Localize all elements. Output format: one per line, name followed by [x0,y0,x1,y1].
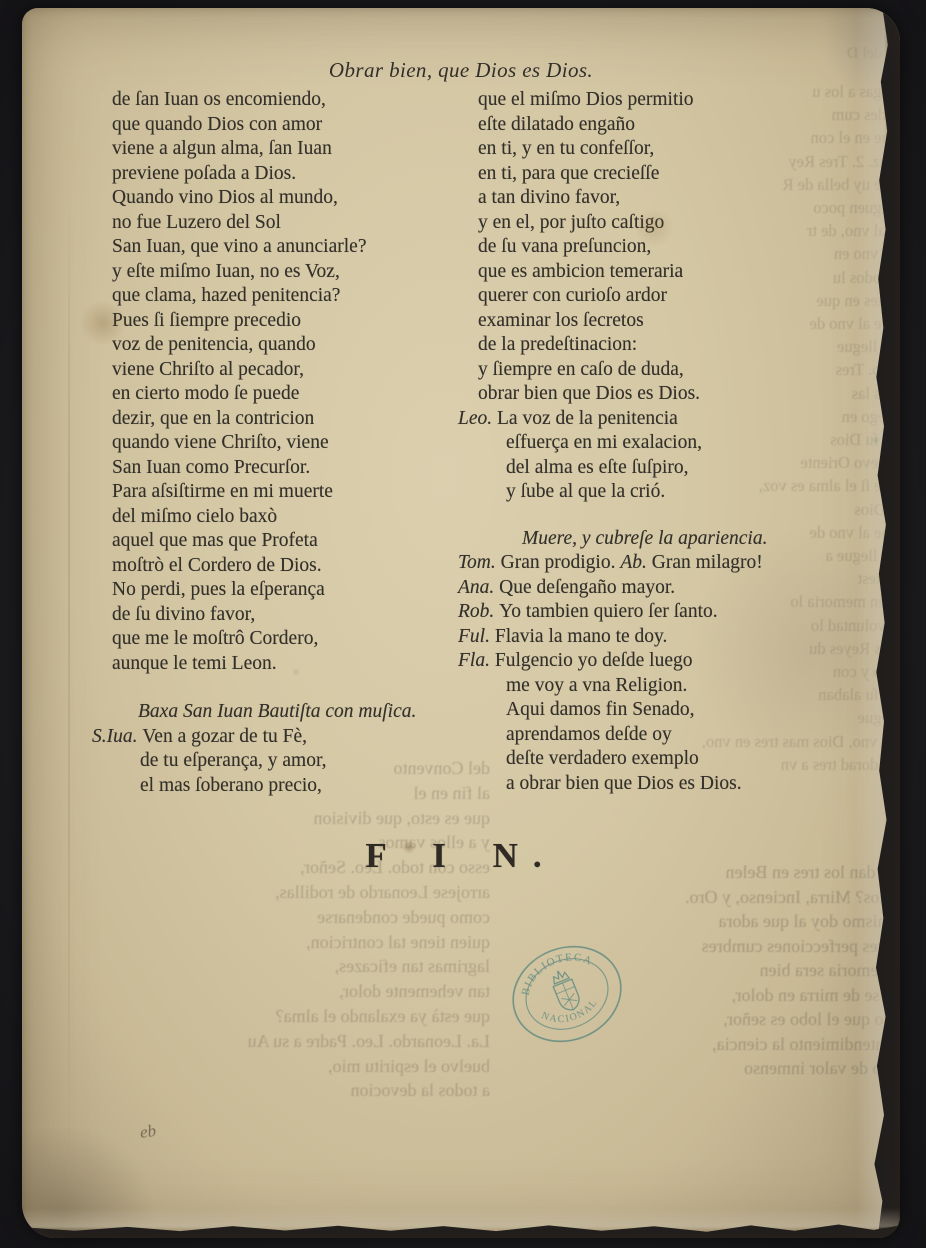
verse-line: voz de penitencia, quando [112,333,472,358]
verse-line: Baxa San Iuan Bautiſta con muſica. [138,700,472,725]
verse-line: Ana. Que deſengaño mayor. [458,576,882,601]
verse-line: Rob. Yo tambien quiero ſer ſanto. [458,600,882,625]
verse-line: y ſiempre en caſo de duda, [478,358,882,383]
text-column-left: de ſan Iuan os encomiendo,que quando Dio… [112,88,472,798]
verse-line: no fue Luzero del Sol [112,211,472,236]
library-stamp-icon: BIBLIOTECA NACIONAL [489,921,644,1068]
verse-line: dezir, que en la contricion [112,407,472,432]
verse-line: del alma es eſte ſuſpiro, [506,456,882,481]
verse-line: a tan divino favor, [478,186,882,211]
verse-line: y ſube al que la crió. [506,480,882,505]
verse-line: eſfuerça en mi exalacion, [506,431,882,456]
bleedthrough-line: buelvo el espiritu mio, [150,1054,490,1079]
verse-line: quando viene Chriſto, viene [112,431,472,456]
verse-line: examinar los ſecretos [478,309,882,334]
bleedthrough-line: La. Leonardo. Leo. Padre a su Au [150,1029,490,1054]
bleedthrough-line: lagrimas tan eficazes, [150,954,490,979]
torn-edge-bottom [22,1220,900,1238]
bleedthrough-line: la memoria sera bien [610,958,900,983]
verse-line: S.Iua. Ven a gozar de tu Fè, [92,725,472,750]
bleedthrough-line: arrojese Leonardo de rodillas, [150,880,490,905]
bleedthrough-text-lower-right: Que dan los tres en Belena Dios? Mirra, … [610,860,900,1081]
verse-line: me voy a vna Religion. [506,674,882,699]
verse-line: Leo. La voz de la penitencia [458,407,882,432]
verse-line: Aqui damos fin Senado, [506,698,882,723]
verse-line: eſte dilatado engaño [478,113,882,138]
bleedthrough-line: tan vehemente dolor, [150,979,490,1004]
worn-edge-bottom [22,1208,900,1228]
bleedthrough-line: en tres perfecciones cumbres [610,934,900,959]
verse-line: aunque le temi Leon. [112,652,472,677]
bleedthrough-line: lo mismo doy al que adora [610,909,900,934]
verse-line: en ti, y en tu confeſſor, [478,137,882,162]
text-column-right: que el miſmo Dios permitioeſte dilatado … [478,88,882,796]
verse-line: y eſte miſmo Iuan, no es Voz, [112,260,472,285]
verse-line: de ſu vana preſuncion, [478,235,882,260]
bleedthrough-text-lower-left: del Conventoal fin en elque es esto, que… [150,756,490,1103]
verse-line: Para aſsiſtirme en mi muerte [112,480,472,505]
verse-line: a obrar bien que Dios es Dios. [506,772,882,797]
signature-mark: eb [139,1121,158,1143]
bleedthrough-line: que està ya exalando el alma? [150,1004,490,1029]
verse-line: aquel que mas que Profeta [112,529,472,554]
verse-line: No perdi, pues la eſperança [112,578,472,603]
bleedthrough-line: a Dios? Mirra, Incienso, y Oro. [610,885,900,910]
verse-line: Muere, y cubreſe la apariencia. [522,527,882,552]
book-page: del D llegas a los utades cumque en el c… [22,8,900,1238]
bleedthrough-line: que se de mirra en dolor, [610,983,900,1008]
bleedthrough-line: en lo que el lobo es señor, [610,1007,900,1032]
verse-line: querer con curioſo ardor [478,284,882,309]
verse-line: Pues ſi ſiempre precedio [112,309,472,334]
verse-line: y en el, por juſto caſtigo [478,211,882,236]
verse-line: San Iuan, que vino a anunciarle? [112,235,472,260]
verse-line: el mas ſoberano precio, [140,774,472,799]
verse-line: moſtrò el Cordero de Dios. [112,554,472,579]
bleedthrough-line: el entendimiento la ciencia, [610,1032,900,1057]
verse-line: viene a algun alma, ſan Iuan [112,137,472,162]
verse-line: de la predeſtinacion: [478,333,882,358]
bleedthrough-line: quien tiene tal contricion, [150,930,490,955]
verse-line: viene Chriſto al pecador, [112,358,472,383]
bleedthrough-line: como puede condenarse [150,905,490,930]
verse-line: Tom. Gran prodigio. Ab. Gran milagro! [458,551,882,576]
verse-line: del miſmo cielo baxò [112,505,472,530]
verse-line: que clama, hazed penitencia? [112,284,472,309]
verse-line: Ful. Flavia la mano te doy. [458,625,882,650]
verse-line: aprendamos deſde oy [506,723,882,748]
bleedthrough-line: a todos la devocion [150,1078,490,1103]
verse-line: Quando vino Dios al mundo, [112,186,472,211]
verse-line: de ſan Iuan os encomiendo, [112,88,472,113]
verse-line: obrar bien que Dios es Dios. [478,382,882,407]
verse-line: San Iuan como Precurſor. [112,456,472,481]
verse-line: previene poſada a Dios. [112,162,472,187]
verse-line: que el miſmo Dios permitio [478,88,882,113]
fin-colophon: F I N. [22,836,900,876]
verse-line: deſte verdadero exemplo [506,747,882,772]
verse-line: que me le moſtrô Cordero, [112,627,472,652]
verse-line: que quando Dios con amor [112,113,472,138]
running-title: Obrar bien, que Dios es Dios. [22,58,900,83]
verse-line: de tu eſperança, y amor, [140,749,472,774]
verse-line: en ti, para que crecieſſe [478,162,882,187]
verse-line: de ſu divino favor, [112,603,472,628]
paper-crease [68,188,70,1168]
bleedthrough-line: y oro de valor inmenso [610,1056,900,1081]
verse-line: que es ambicion temeraria [478,260,882,285]
scanner-backdrop: del D llegas a los utades cumque en el c… [0,0,926,1248]
verse-line: Fla. Fulgencio yo deſde luego [458,649,882,674]
bleedthrough-line: que es esto, que division [150,806,490,831]
verse-line: en cierto modo ſe puede [112,382,472,407]
